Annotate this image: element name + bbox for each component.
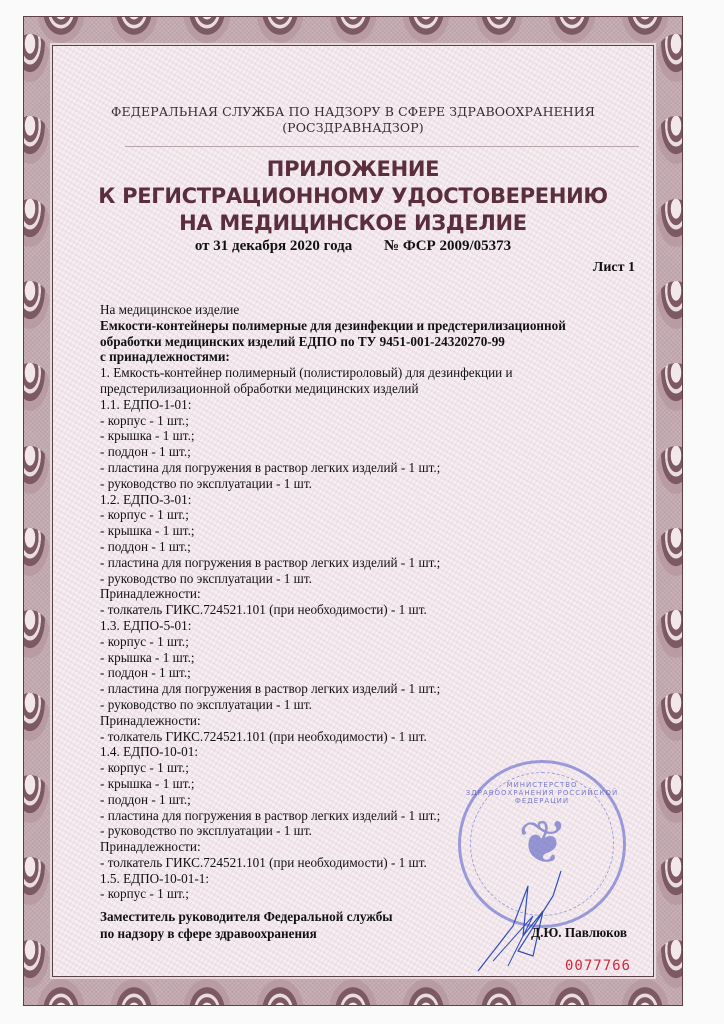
list-item: предстерилизационной обработки медицинск… <box>100 381 660 397</box>
list-item: - крышка - 1 шт.; <box>100 428 660 444</box>
title-line-1: ПРИЛОЖЕНИЕ <box>53 156 653 183</box>
border-ornament-left <box>24 17 52 1005</box>
list-item: - пластина для погружения в раствор легк… <box>100 460 660 476</box>
list-item: - руководство по эксплуатации - 1 шт. <box>100 476 660 492</box>
serial-number: 0077766 <box>565 958 631 974</box>
list-item: - корпус - 1 шт.; <box>100 507 660 523</box>
list-item: - пластина для погружения в раствор легк… <box>100 681 660 697</box>
certificate-date-number: от 31 декабря 2020 года № ФСР 2009/05373 <box>53 238 653 255</box>
sheet-number: Лист 1 <box>593 260 635 276</box>
stamp-text: МИНИСТЕРСТВО ЗДРАВООХРАНЕНИЯ РОССИЙСКОЙ … <box>461 781 623 805</box>
signer-name: Д.Ю. Павлюков <box>531 925 627 941</box>
signer-position-line-1: Заместитель руководителя Федеральной слу… <box>100 908 393 925</box>
list-item: 1. Емкость-контейнер полимерный (полисти… <box>100 365 660 381</box>
certificate-paper: ФЕДЕРАЛЬНАЯ СЛУЖБА ПО НАДЗОРУ В СФЕРЕ ЗД… <box>52 45 654 977</box>
product-name-line: с принадлежностями: <box>100 349 660 365</box>
list-item: - руководство по эксплуатации - 1 шт. <box>100 571 660 587</box>
document-title: ПРИЛОЖЕНИЕ К РЕГИСТРАЦИОННОМУ УДОСТОВЕРЕ… <box>53 156 653 237</box>
signer-position-line-2: по надзору в сфере здравоохранения <box>100 925 393 942</box>
agency-name: ФЕДЕРАЛЬНАЯ СЛУЖБА ПО НАДЗОРУ В СФЕРЕ ЗД… <box>53 104 653 120</box>
certificate-number: № ФСР 2009/05373 <box>384 238 511 254</box>
border-ornament-bottom <box>24 977 682 1005</box>
list-item: - пластина для погружения в раствор легк… <box>100 555 660 571</box>
certificate-date: от 31 декабря 2020 года <box>195 238 352 254</box>
list-item: - поддон - 1 шт.; <box>100 665 660 681</box>
list-item: 1.4. ЕДПО-10-01: <box>100 744 660 760</box>
list-item: - крышка - 1 шт.; <box>100 650 660 666</box>
list-item: - крышка - 1 шт.; <box>100 523 660 539</box>
list-item: - поддон - 1 шт.; <box>100 539 660 555</box>
border-ornament-top <box>24 17 682 45</box>
list-item: 1.1. ЕДПО-1-01: <box>100 397 660 413</box>
list-item: Принадлежности: <box>100 586 660 602</box>
intro-text: На медицинское изделие <box>100 302 660 318</box>
title-line-2: К РЕГИСТРАЦИОННОМУ УДОСТОВЕРЕНИЮ <box>53 183 653 210</box>
product-name-line: обработки медицинских изделий ЕДПО по ТУ… <box>100 334 660 350</box>
product-name-line: Емкости-контейнеры полимерные для дезинф… <box>100 318 660 334</box>
certificate-border: ФЕДЕРАЛЬНАЯ СЛУЖБА ПО НАДЗОРУ В СФЕРЕ ЗД… <box>23 16 683 1006</box>
list-item: Принадлежности: <box>100 713 660 729</box>
list-item: 1.2. ЕДПО-3-01: <box>100 492 660 508</box>
list-item: - толкатель ГИКС.724521.101 (при необход… <box>100 602 660 618</box>
header-divider <box>125 146 639 147</box>
agency-header: ФЕДЕРАЛЬНАЯ СЛУЖБА ПО НАДЗОРУ В СФЕРЕ ЗД… <box>53 104 653 136</box>
list-item: 1.3. ЕДПО-5-01: <box>100 618 660 634</box>
list-item: - поддон - 1 шт.; <box>100 444 660 460</box>
signer-position: Заместитель руководителя Федеральной слу… <box>100 908 393 942</box>
agency-abbreviation: (РОСЗДРАВНАДЗОР) <box>53 120 653 136</box>
list-item: - корпус - 1 шт.; <box>100 634 660 650</box>
title-line-3: НА МЕДИЦИНСКОЕ ИЗДЕЛИЕ <box>53 210 653 237</box>
list-item: - корпус - 1 шт.; <box>100 413 660 429</box>
list-item: - руководство по эксплуатации - 1 шт. <box>100 697 660 713</box>
list-item: - толкатель ГИКС.724521.101 (при необход… <box>100 729 660 745</box>
handwritten-signature <box>473 866 563 976</box>
